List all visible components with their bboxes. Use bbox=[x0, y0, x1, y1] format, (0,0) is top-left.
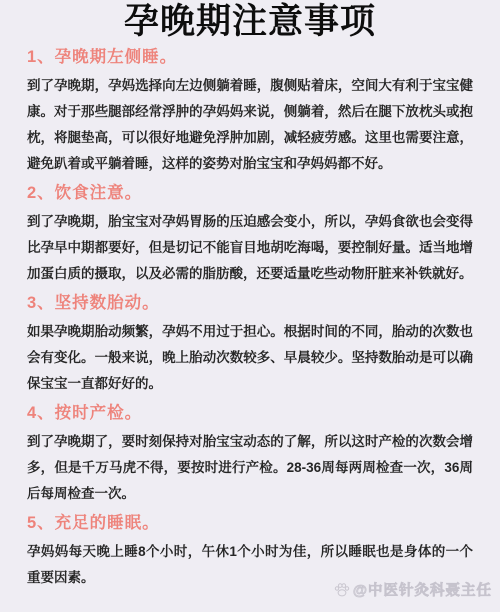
section-heading: 2、饮食注意。 bbox=[27, 183, 473, 203]
section-diet: 2、饮食注意。 到了孕晚期，胎宝宝对孕妈胃肠的压迫感会变小，所以，孕妈食欲也会变… bbox=[27, 183, 473, 287]
section-fetal-movement: 3、坚持数胎动。 如果孕晚期胎动频繁，孕妈不用过于担心。根据时间的不同，胎动的次… bbox=[27, 293, 473, 397]
section-heading: 4、按时产检。 bbox=[27, 403, 473, 423]
article-page: 孕晚期注意事项 1、孕晚期左侧睡。 到了孕晚期，孕妈选择向左边侧躺着睡，腹侧贴着… bbox=[0, 0, 500, 612]
section-body: 孕妈妈每天晚上睡8个小时，午休1个小时为佳，所以睡眠也是身体的一个重要因素。 bbox=[27, 539, 473, 591]
section-heading: 5、充足的睡眠。 bbox=[27, 513, 473, 533]
section-body: 如果孕晚期胎动频繁，孕妈不用过于担心。根据时间的不同，胎动的次数也会有变化。一般… bbox=[27, 319, 473, 397]
page-title: 孕晚期注意事项 bbox=[27, 3, 473, 41]
section-heading: 3、坚持数胎动。 bbox=[27, 293, 473, 313]
section-prenatal-checkup: 4、按时产检。 到了孕晚期了，要时刻保持对胎宝宝动态的了解，所以这时产检的次数会… bbox=[27, 403, 473, 507]
article-content: 1、孕晚期左侧睡。 到了孕晚期，孕妈选择向左边侧躺着睡，腹侧贴着床，空间大有利于… bbox=[27, 47, 473, 591]
section-heading: 1、孕晚期左侧睡。 bbox=[27, 47, 473, 67]
section-sleep-enough: 5、充足的睡眠。 孕妈妈每天晚上睡8个小时，午休1个小时为佳，所以睡眠也是身体的… bbox=[27, 513, 473, 591]
section-left-side-sleep: 1、孕晚期左侧睡。 到了孕晚期，孕妈选择向左边侧躺着睡，腹侧贴着床，空间大有利于… bbox=[27, 47, 473, 177]
section-body: 到了孕晚期，胎宝宝对孕妈胃肠的压迫感会变小，所以，孕妈食欲也会变得比孕早中期都要… bbox=[27, 209, 473, 287]
section-body: 到了孕晚期了，要时刻保持对胎宝宝动态的了解，所以这时产检的次数会增多，但是千万马… bbox=[27, 429, 473, 507]
section-body: 到了孕晚期，孕妈选择向左边侧躺着睡，腹侧贴着床，空间大有利于宝宝健康。对于那些腿… bbox=[27, 73, 473, 177]
